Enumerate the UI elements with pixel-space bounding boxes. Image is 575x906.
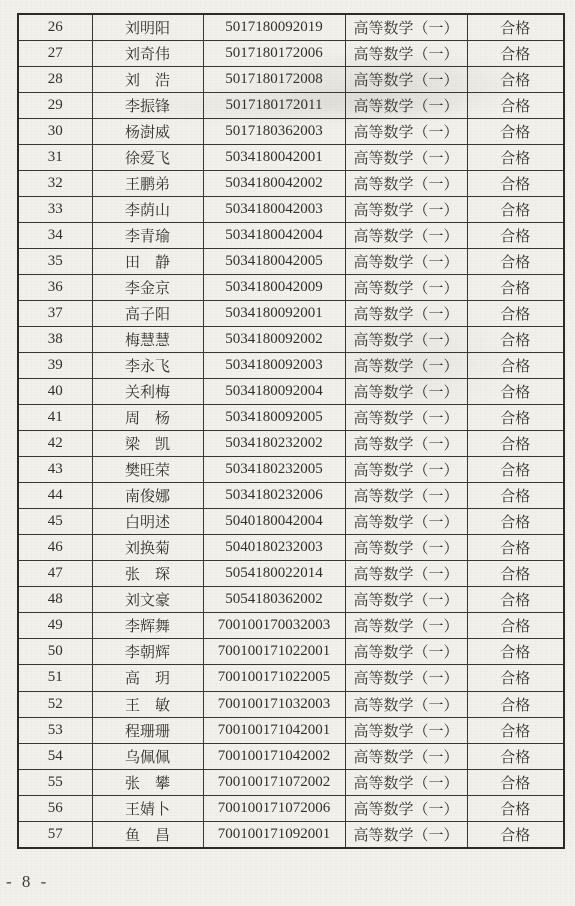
cell-course: 高等数学（一） bbox=[345, 249, 467, 275]
cell-name: 刘明阳 bbox=[92, 14, 203, 41]
cell-name: 高 玥 bbox=[92, 665, 203, 691]
table-row: 34李青瑜5034180042004高等数学（一）合格 bbox=[18, 223, 564, 249]
cell-index: 56 bbox=[18, 795, 92, 821]
cell-result: 合格 bbox=[467, 249, 564, 275]
cell-index: 48 bbox=[18, 587, 92, 613]
cell-exam-number: 5034180092003 bbox=[203, 353, 345, 379]
cell-name: 程珊珊 bbox=[92, 717, 203, 743]
cell-index: 50 bbox=[18, 639, 92, 665]
cell-index: 52 bbox=[18, 691, 92, 717]
cell-index: 46 bbox=[18, 535, 92, 561]
table-row: 32王鹏弟5034180042002高等数学（一）合格 bbox=[18, 171, 564, 197]
cell-exam-number: 5034180092004 bbox=[203, 379, 345, 405]
cell-index: 30 bbox=[18, 119, 92, 145]
cell-course: 高等数学（一） bbox=[345, 119, 467, 145]
cell-result: 合格 bbox=[467, 457, 564, 483]
cell-result: 合格 bbox=[467, 14, 564, 41]
cell-course: 高等数学（一） bbox=[345, 613, 467, 639]
cell-index: 57 bbox=[18, 821, 92, 848]
cell-index: 31 bbox=[18, 145, 92, 171]
cell-name: 李荫山 bbox=[92, 197, 203, 223]
cell-exam-number: 5034180042005 bbox=[203, 249, 345, 275]
cell-index: 39 bbox=[18, 353, 92, 379]
table-row: 50李朝辉700100171022001高等数学（一）合格 bbox=[18, 639, 564, 665]
cell-course: 高等数学（一） bbox=[345, 41, 467, 67]
cell-result: 合格 bbox=[467, 639, 564, 665]
cell-course: 高等数学（一） bbox=[345, 483, 467, 509]
table-row: 30杨澍威5017180362003高等数学（一）合格 bbox=[18, 119, 564, 145]
cell-exam-number: 5034180042002 bbox=[203, 171, 345, 197]
cell-name: 刘文豪 bbox=[92, 587, 203, 613]
cell-exam-number: 5034180092001 bbox=[203, 301, 345, 327]
cell-index: 53 bbox=[18, 717, 92, 743]
table-row: 51高 玥700100171022005高等数学（一）合格 bbox=[18, 665, 564, 691]
table-row: 26刘明阳5017180092019高等数学（一）合格 bbox=[18, 14, 564, 41]
cell-index: 40 bbox=[18, 379, 92, 405]
table-row: 36李金京5034180042009高等数学（一）合格 bbox=[18, 275, 564, 301]
exam-results-table: 26刘明阳5017180092019高等数学（一）合格27刘奇伟50171801… bbox=[17, 13, 565, 849]
cell-exam-number: 5034180232002 bbox=[203, 431, 345, 457]
cell-course: 高等数学（一） bbox=[345, 665, 467, 691]
cell-result: 合格 bbox=[467, 145, 564, 171]
table-row: 41周 杨5034180092005高等数学（一）合格 bbox=[18, 405, 564, 431]
cell-course: 高等数学（一） bbox=[345, 145, 467, 171]
cell-course: 高等数学（一） bbox=[345, 535, 467, 561]
cell-exam-number: 5034180232005 bbox=[203, 457, 345, 483]
cell-index: 44 bbox=[18, 483, 92, 509]
page-number: - 8 - bbox=[6, 872, 49, 892]
cell-exam-number: 5017180362003 bbox=[203, 119, 345, 145]
cell-name: 王鹏弟 bbox=[92, 171, 203, 197]
cell-index: 42 bbox=[18, 431, 92, 457]
cell-exam-number: 700100171022005 bbox=[203, 665, 345, 691]
cell-index: 34 bbox=[18, 223, 92, 249]
cell-exam-number: 5017180172006 bbox=[203, 41, 345, 67]
cell-exam-number: 5034180232006 bbox=[203, 483, 345, 509]
cell-exam-number: 5034180042001 bbox=[203, 145, 345, 171]
cell-name: 白明述 bbox=[92, 509, 203, 535]
cell-result: 合格 bbox=[467, 691, 564, 717]
cell-result: 合格 bbox=[467, 587, 564, 613]
cell-index: 47 bbox=[18, 561, 92, 587]
cell-course: 高等数学（一） bbox=[345, 795, 467, 821]
cell-result: 合格 bbox=[467, 405, 564, 431]
cell-result: 合格 bbox=[467, 431, 564, 457]
cell-index: 27 bbox=[18, 41, 92, 67]
table-row: 40关利梅5034180092004高等数学（一）合格 bbox=[18, 379, 564, 405]
table-row: 55张 攀700100171072002高等数学（一）合格 bbox=[18, 769, 564, 795]
cell-index: 38 bbox=[18, 327, 92, 353]
cell-name: 高子阳 bbox=[92, 301, 203, 327]
cell-course: 高等数学（一） bbox=[345, 275, 467, 301]
cell-exam-number: 5034180042004 bbox=[203, 223, 345, 249]
cell-name: 王 敏 bbox=[92, 691, 203, 717]
cell-index: 41 bbox=[18, 405, 92, 431]
cell-course: 高等数学（一） bbox=[345, 223, 467, 249]
cell-index: 33 bbox=[18, 197, 92, 223]
cell-course: 高等数学（一） bbox=[345, 353, 467, 379]
cell-course: 高等数学（一） bbox=[345, 327, 467, 353]
table-row: 27刘奇伟5017180172006高等数学（一）合格 bbox=[18, 41, 564, 67]
table-row: 35田 静5034180042005高等数学（一）合格 bbox=[18, 249, 564, 275]
cell-exam-number: 5034180092005 bbox=[203, 405, 345, 431]
cell-result: 合格 bbox=[467, 93, 564, 119]
cell-result: 合格 bbox=[467, 41, 564, 67]
cell-course: 高等数学（一） bbox=[345, 561, 467, 587]
cell-result: 合格 bbox=[467, 483, 564, 509]
table-row: 29李振锋5017180172011高等数学（一）合格 bbox=[18, 93, 564, 119]
cell-course: 高等数学（一） bbox=[345, 691, 467, 717]
table-row: 43樊旺荣5034180232005高等数学（一）合格 bbox=[18, 457, 564, 483]
cell-exam-number: 5034180042009 bbox=[203, 275, 345, 301]
cell-course: 高等数学（一） bbox=[345, 171, 467, 197]
cell-index: 49 bbox=[18, 613, 92, 639]
cell-name: 李辉舞 bbox=[92, 613, 203, 639]
cell-result: 合格 bbox=[467, 67, 564, 93]
cell-name: 乌佩佩 bbox=[92, 743, 203, 769]
cell-result: 合格 bbox=[467, 665, 564, 691]
cell-result: 合格 bbox=[467, 613, 564, 639]
cell-name: 李朝辉 bbox=[92, 639, 203, 665]
cell-name: 刘奇伟 bbox=[92, 41, 203, 67]
cell-name: 李金京 bbox=[92, 275, 203, 301]
table-row: 49李辉舞700100170032003高等数学（一）合格 bbox=[18, 613, 564, 639]
cell-index: 29 bbox=[18, 93, 92, 119]
scanned-page: 26刘明阳5017180092019高等数学（一）合格27刘奇伟50171801… bbox=[0, 0, 575, 906]
cell-exam-number: 5017180172011 bbox=[203, 93, 345, 119]
cell-name: 刘换菊 bbox=[92, 535, 203, 561]
cell-course: 高等数学（一） bbox=[345, 93, 467, 119]
cell-exam-number: 5034180042003 bbox=[203, 197, 345, 223]
cell-index: 37 bbox=[18, 301, 92, 327]
table-row: 56王婧卜700100171072006高等数学（一）合格 bbox=[18, 795, 564, 821]
cell-name: 张 琛 bbox=[92, 561, 203, 587]
cell-name: 南俊娜 bbox=[92, 483, 203, 509]
cell-course: 高等数学（一） bbox=[345, 639, 467, 665]
table-row: 28刘 浩5017180172008高等数学（一）合格 bbox=[18, 67, 564, 93]
cell-course: 高等数学（一） bbox=[345, 509, 467, 535]
table-row: 47张 琛5054180022014高等数学（一）合格 bbox=[18, 561, 564, 587]
cell-course: 高等数学（一） bbox=[345, 457, 467, 483]
cell-index: 43 bbox=[18, 457, 92, 483]
cell-index: 28 bbox=[18, 67, 92, 93]
cell-course: 高等数学（一） bbox=[345, 379, 467, 405]
cell-index: 32 bbox=[18, 171, 92, 197]
cell-name: 鱼 昌 bbox=[92, 821, 203, 848]
table-row: 57鱼 昌700100171092001高等数学（一）合格 bbox=[18, 821, 564, 848]
cell-name: 刘 浩 bbox=[92, 67, 203, 93]
cell-name: 李振锋 bbox=[92, 93, 203, 119]
cell-exam-number: 5017180172008 bbox=[203, 67, 345, 93]
cell-exam-number: 700100171072006 bbox=[203, 795, 345, 821]
cell-result: 合格 bbox=[467, 327, 564, 353]
cell-exam-number: 700100171042002 bbox=[203, 743, 345, 769]
cell-result: 合格 bbox=[467, 275, 564, 301]
cell-course: 高等数学（一） bbox=[345, 769, 467, 795]
cell-course: 高等数学（一） bbox=[345, 405, 467, 431]
cell-exam-number: 5040180042004 bbox=[203, 509, 345, 535]
cell-index: 36 bbox=[18, 275, 92, 301]
cell-result: 合格 bbox=[467, 821, 564, 848]
cell-result: 合格 bbox=[467, 769, 564, 795]
cell-result: 合格 bbox=[467, 561, 564, 587]
cell-name: 周 杨 bbox=[92, 405, 203, 431]
cell-result: 合格 bbox=[467, 301, 564, 327]
cell-exam-number: 700100170032003 bbox=[203, 613, 345, 639]
table-row: 31徐爱飞5034180042001高等数学（一）合格 bbox=[18, 145, 564, 171]
cell-name: 王婧卜 bbox=[92, 795, 203, 821]
cell-name: 关利梅 bbox=[92, 379, 203, 405]
cell-course: 高等数学（一） bbox=[345, 587, 467, 613]
table-row: 42梁 凯5034180232002高等数学（一）合格 bbox=[18, 431, 564, 457]
cell-course: 高等数学（一） bbox=[345, 431, 467, 457]
cell-exam-number: 5054180022014 bbox=[203, 561, 345, 587]
cell-result: 合格 bbox=[467, 353, 564, 379]
cell-course: 高等数学（一） bbox=[345, 743, 467, 769]
cell-name: 梁 凯 bbox=[92, 431, 203, 457]
cell-exam-number: 700100171042001 bbox=[203, 717, 345, 743]
cell-index: 55 bbox=[18, 769, 92, 795]
cell-exam-number: 5040180232003 bbox=[203, 535, 345, 561]
cell-name: 徐爱飞 bbox=[92, 145, 203, 171]
cell-name: 李永飞 bbox=[92, 353, 203, 379]
cell-exam-number: 5054180362002 bbox=[203, 587, 345, 613]
cell-name: 张 攀 bbox=[92, 769, 203, 795]
cell-exam-number: 700100171032003 bbox=[203, 691, 345, 717]
table-row: 52王 敏700100171032003高等数学（一）合格 bbox=[18, 691, 564, 717]
cell-result: 合格 bbox=[467, 743, 564, 769]
table-row: 39李永飞5034180092003高等数学（一）合格 bbox=[18, 353, 564, 379]
cell-exam-number: 700100171092001 bbox=[203, 821, 345, 848]
cell-exam-number: 5017180092019 bbox=[203, 14, 345, 41]
cell-result: 合格 bbox=[467, 119, 564, 145]
cell-result: 合格 bbox=[467, 509, 564, 535]
cell-name: 梅慧慧 bbox=[92, 327, 203, 353]
cell-course: 高等数学（一） bbox=[345, 67, 467, 93]
table-row: 45白明述5040180042004高等数学（一）合格 bbox=[18, 509, 564, 535]
cell-name: 田 静 bbox=[92, 249, 203, 275]
cell-name: 樊旺荣 bbox=[92, 457, 203, 483]
cell-exam-number: 5034180092002 bbox=[203, 327, 345, 353]
table-row: 38梅慧慧5034180092002高等数学（一）合格 bbox=[18, 327, 564, 353]
table-row: 37高子阳5034180092001高等数学（一）合格 bbox=[18, 301, 564, 327]
cell-course: 高等数学（一） bbox=[345, 301, 467, 327]
cell-course: 高等数学（一） bbox=[345, 821, 467, 848]
table-row: 54乌佩佩700100171042002高等数学（一）合格 bbox=[18, 743, 564, 769]
cell-result: 合格 bbox=[467, 717, 564, 743]
table-row: 46刘换菊5040180232003高等数学（一）合格 bbox=[18, 535, 564, 561]
cell-course: 高等数学（一） bbox=[345, 14, 467, 41]
results-table-body: 26刘明阳5017180092019高等数学（一）合格27刘奇伟50171801… bbox=[18, 14, 564, 848]
cell-index: 26 bbox=[18, 14, 92, 41]
table-row: 33李荫山5034180042003高等数学（一）合格 bbox=[18, 197, 564, 223]
cell-index: 54 bbox=[18, 743, 92, 769]
cell-result: 合格 bbox=[467, 535, 564, 561]
table-row: 44南俊娜5034180232006高等数学（一）合格 bbox=[18, 483, 564, 509]
table-row: 48刘文豪5054180362002高等数学（一）合格 bbox=[18, 587, 564, 613]
cell-exam-number: 700100171072002 bbox=[203, 769, 345, 795]
cell-course: 高等数学（一） bbox=[345, 197, 467, 223]
cell-result: 合格 bbox=[467, 223, 564, 249]
cell-result: 合格 bbox=[467, 379, 564, 405]
cell-index: 51 bbox=[18, 665, 92, 691]
cell-name: 李青瑜 bbox=[92, 223, 203, 249]
table-row: 53程珊珊700100171042001高等数学（一）合格 bbox=[18, 717, 564, 743]
cell-course: 高等数学（一） bbox=[345, 717, 467, 743]
cell-result: 合格 bbox=[467, 197, 564, 223]
cell-name: 杨澍威 bbox=[92, 119, 203, 145]
cell-result: 合格 bbox=[467, 795, 564, 821]
cell-index: 45 bbox=[18, 509, 92, 535]
cell-result: 合格 bbox=[467, 171, 564, 197]
cell-index: 35 bbox=[18, 249, 92, 275]
cell-exam-number: 700100171022001 bbox=[203, 639, 345, 665]
